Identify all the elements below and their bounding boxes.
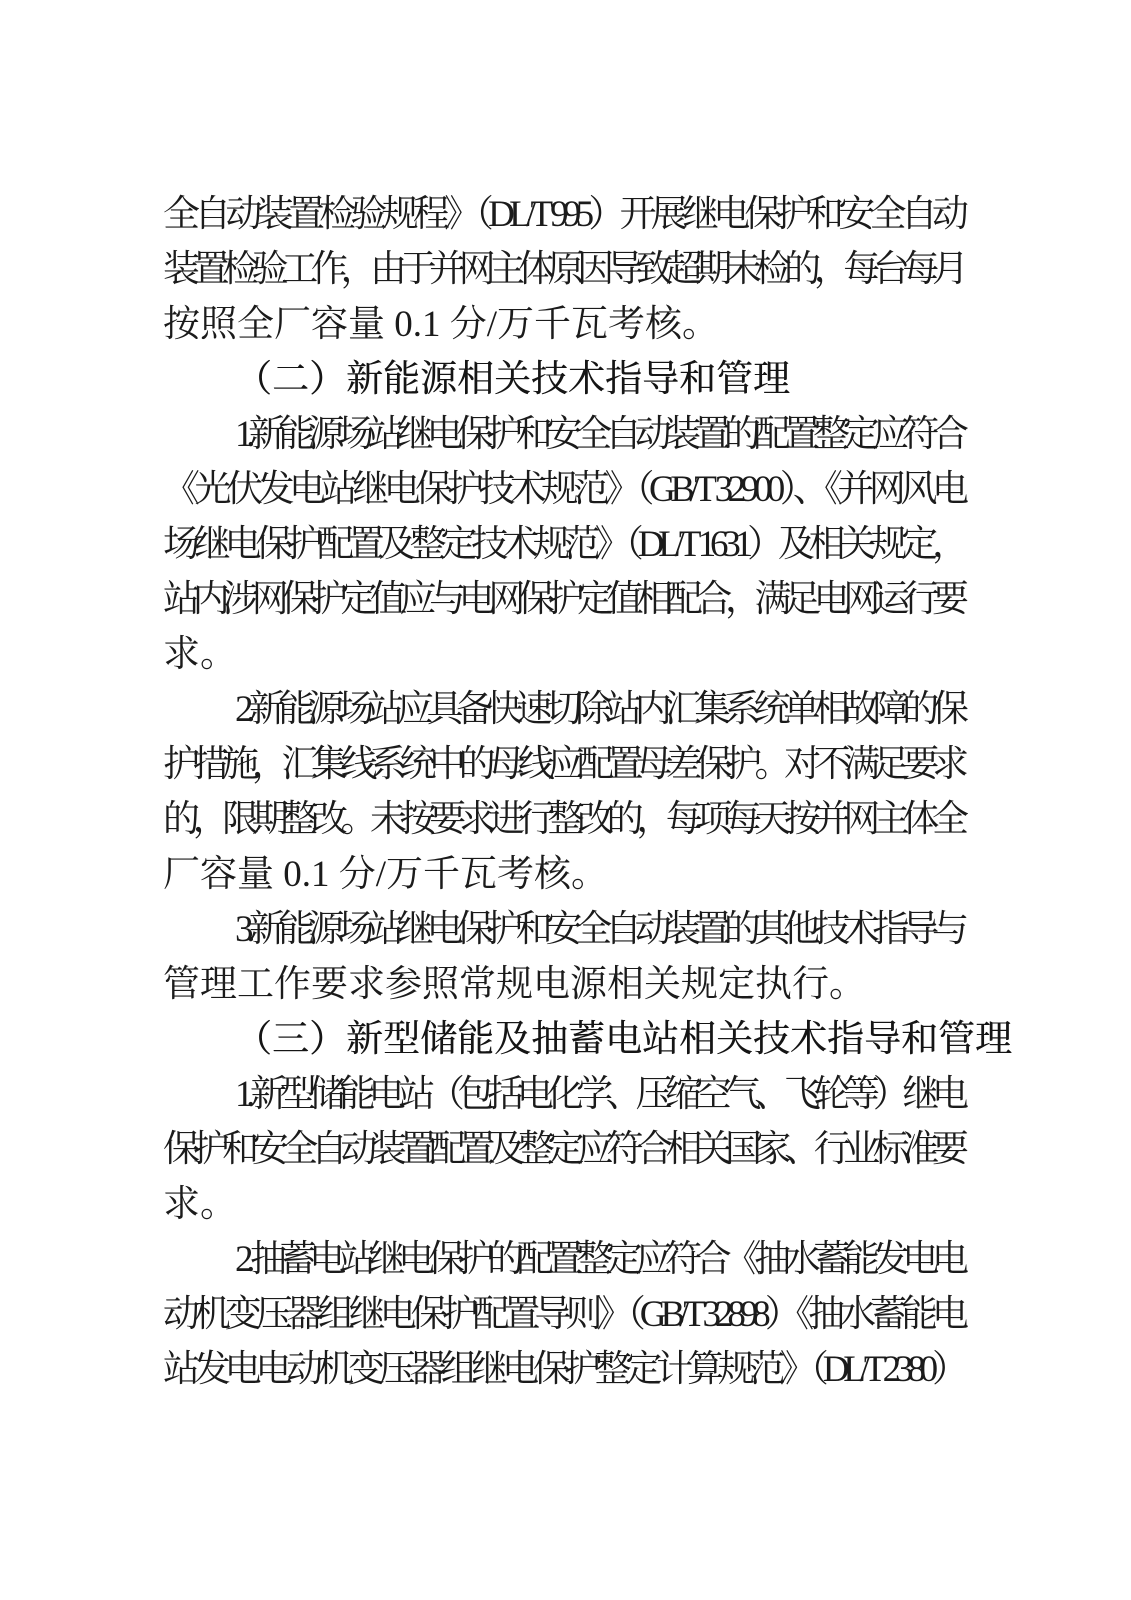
- text-line: 按照全厂容量 0.1 分/万千瓦考核。: [163, 297, 969, 352]
- body-paragraph: 全自动装置检验规程》（DL/T 995）开展继电保护和安全自动装置检验工作，由于…: [163, 187, 969, 352]
- text-line: 《光伏发电站继电保护技术规范》（GB/T 32900）、《并网风电: [163, 462, 969, 517]
- text-line: 场继电保护配置及整定技术规范》（DL/T 1631）及相关规定，: [163, 517, 969, 572]
- body-paragraph: 2.新能源场站应具备快速切除站内汇集系统单相故障的保护措施，汇集线系统中的母线应…: [163, 682, 969, 902]
- text-line: 1.新能源场站继电保护和安全自动装置的配置整定应符合: [163, 407, 969, 462]
- text-line: 厂容量 0.1 分/万千瓦考核。: [163, 847, 969, 902]
- text-line: 2. 抽蓄电站继电保护的配置整定应符合《抽水蓄能发电电: [163, 1232, 969, 1287]
- heading-text-line: （二）新能源相关技术指导和管理: [163, 352, 969, 407]
- text-line: 护措施，汇集线系统中的母线应配置母差保护。对不满足要求: [163, 737, 969, 792]
- text-line: 动机变压器组继电保护配置导则》（GB/T 32898）《抽水蓄能电: [163, 1287, 969, 1342]
- body-paragraph: 1. 新型储能电站（包括电化学、压缩空气、飞轮等）继电保护和安全自动装置配置及整…: [163, 1067, 969, 1232]
- document-page: 全自动装置检验规程》（DL/T 995）开展继电保护和安全自动装置检验工作，由于…: [0, 0, 1131, 1600]
- text-line: 求。: [163, 627, 969, 682]
- text-line: 管理工作要求参照常规电源相关规定执行。: [163, 957, 969, 1012]
- heading-text-line: （三）新型储能及抽蓄电站相关技术指导和管理: [163, 1012, 969, 1067]
- document-body: 全自动装置检验规程》（DL/T 995）开展继电保护和安全自动装置检验工作，由于…: [163, 187, 969, 1397]
- text-line: 保护和安全自动装置配置及整定应符合相关国家、行业标准要: [163, 1122, 969, 1177]
- body-paragraph: 2. 抽蓄电站继电保护的配置整定应符合《抽水蓄能发电电动机变压器组继电保护配置导…: [163, 1232, 969, 1397]
- body-paragraph: 1.新能源场站继电保护和安全自动装置的配置整定应符合《光伏发电站继电保护技术规范…: [163, 407, 969, 682]
- text-line: 2.新能源场站应具备快速切除站内汇集系统单相故障的保: [163, 682, 969, 737]
- text-line: 1. 新型储能电站（包括电化学、压缩空气、飞轮等）继电: [163, 1067, 969, 1122]
- section-heading: （二）新能源相关技术指导和管理: [163, 352, 969, 407]
- text-line: 的，限期整改。未按要求进行整改的，每项每天按并网主体全: [163, 792, 969, 847]
- text-line: 站发电电动机变压器组继电保护整定计算规范》（DL/T 2380）: [163, 1342, 969, 1397]
- text-line: 装置检验工作，由于并网主体原因导致超期未检的，每台每月: [163, 242, 969, 297]
- body-paragraph: 3.新能源场站继电保护和安全自动装置的其他技术指导与管理工作要求参照常规电源相关…: [163, 902, 969, 1012]
- text-line: 站内涉网保护定值应与电网保护定值相配合，满足电网运行要: [163, 572, 969, 627]
- text-line: 求。: [163, 1177, 969, 1232]
- section-heading: （三）新型储能及抽蓄电站相关技术指导和管理: [163, 1012, 969, 1067]
- text-line: 3.新能源场站继电保护和安全自动装置的其他技术指导与: [163, 902, 969, 957]
- text-line: 全自动装置检验规程》（DL/T 995）开展继电保护和安全自动: [163, 187, 969, 242]
